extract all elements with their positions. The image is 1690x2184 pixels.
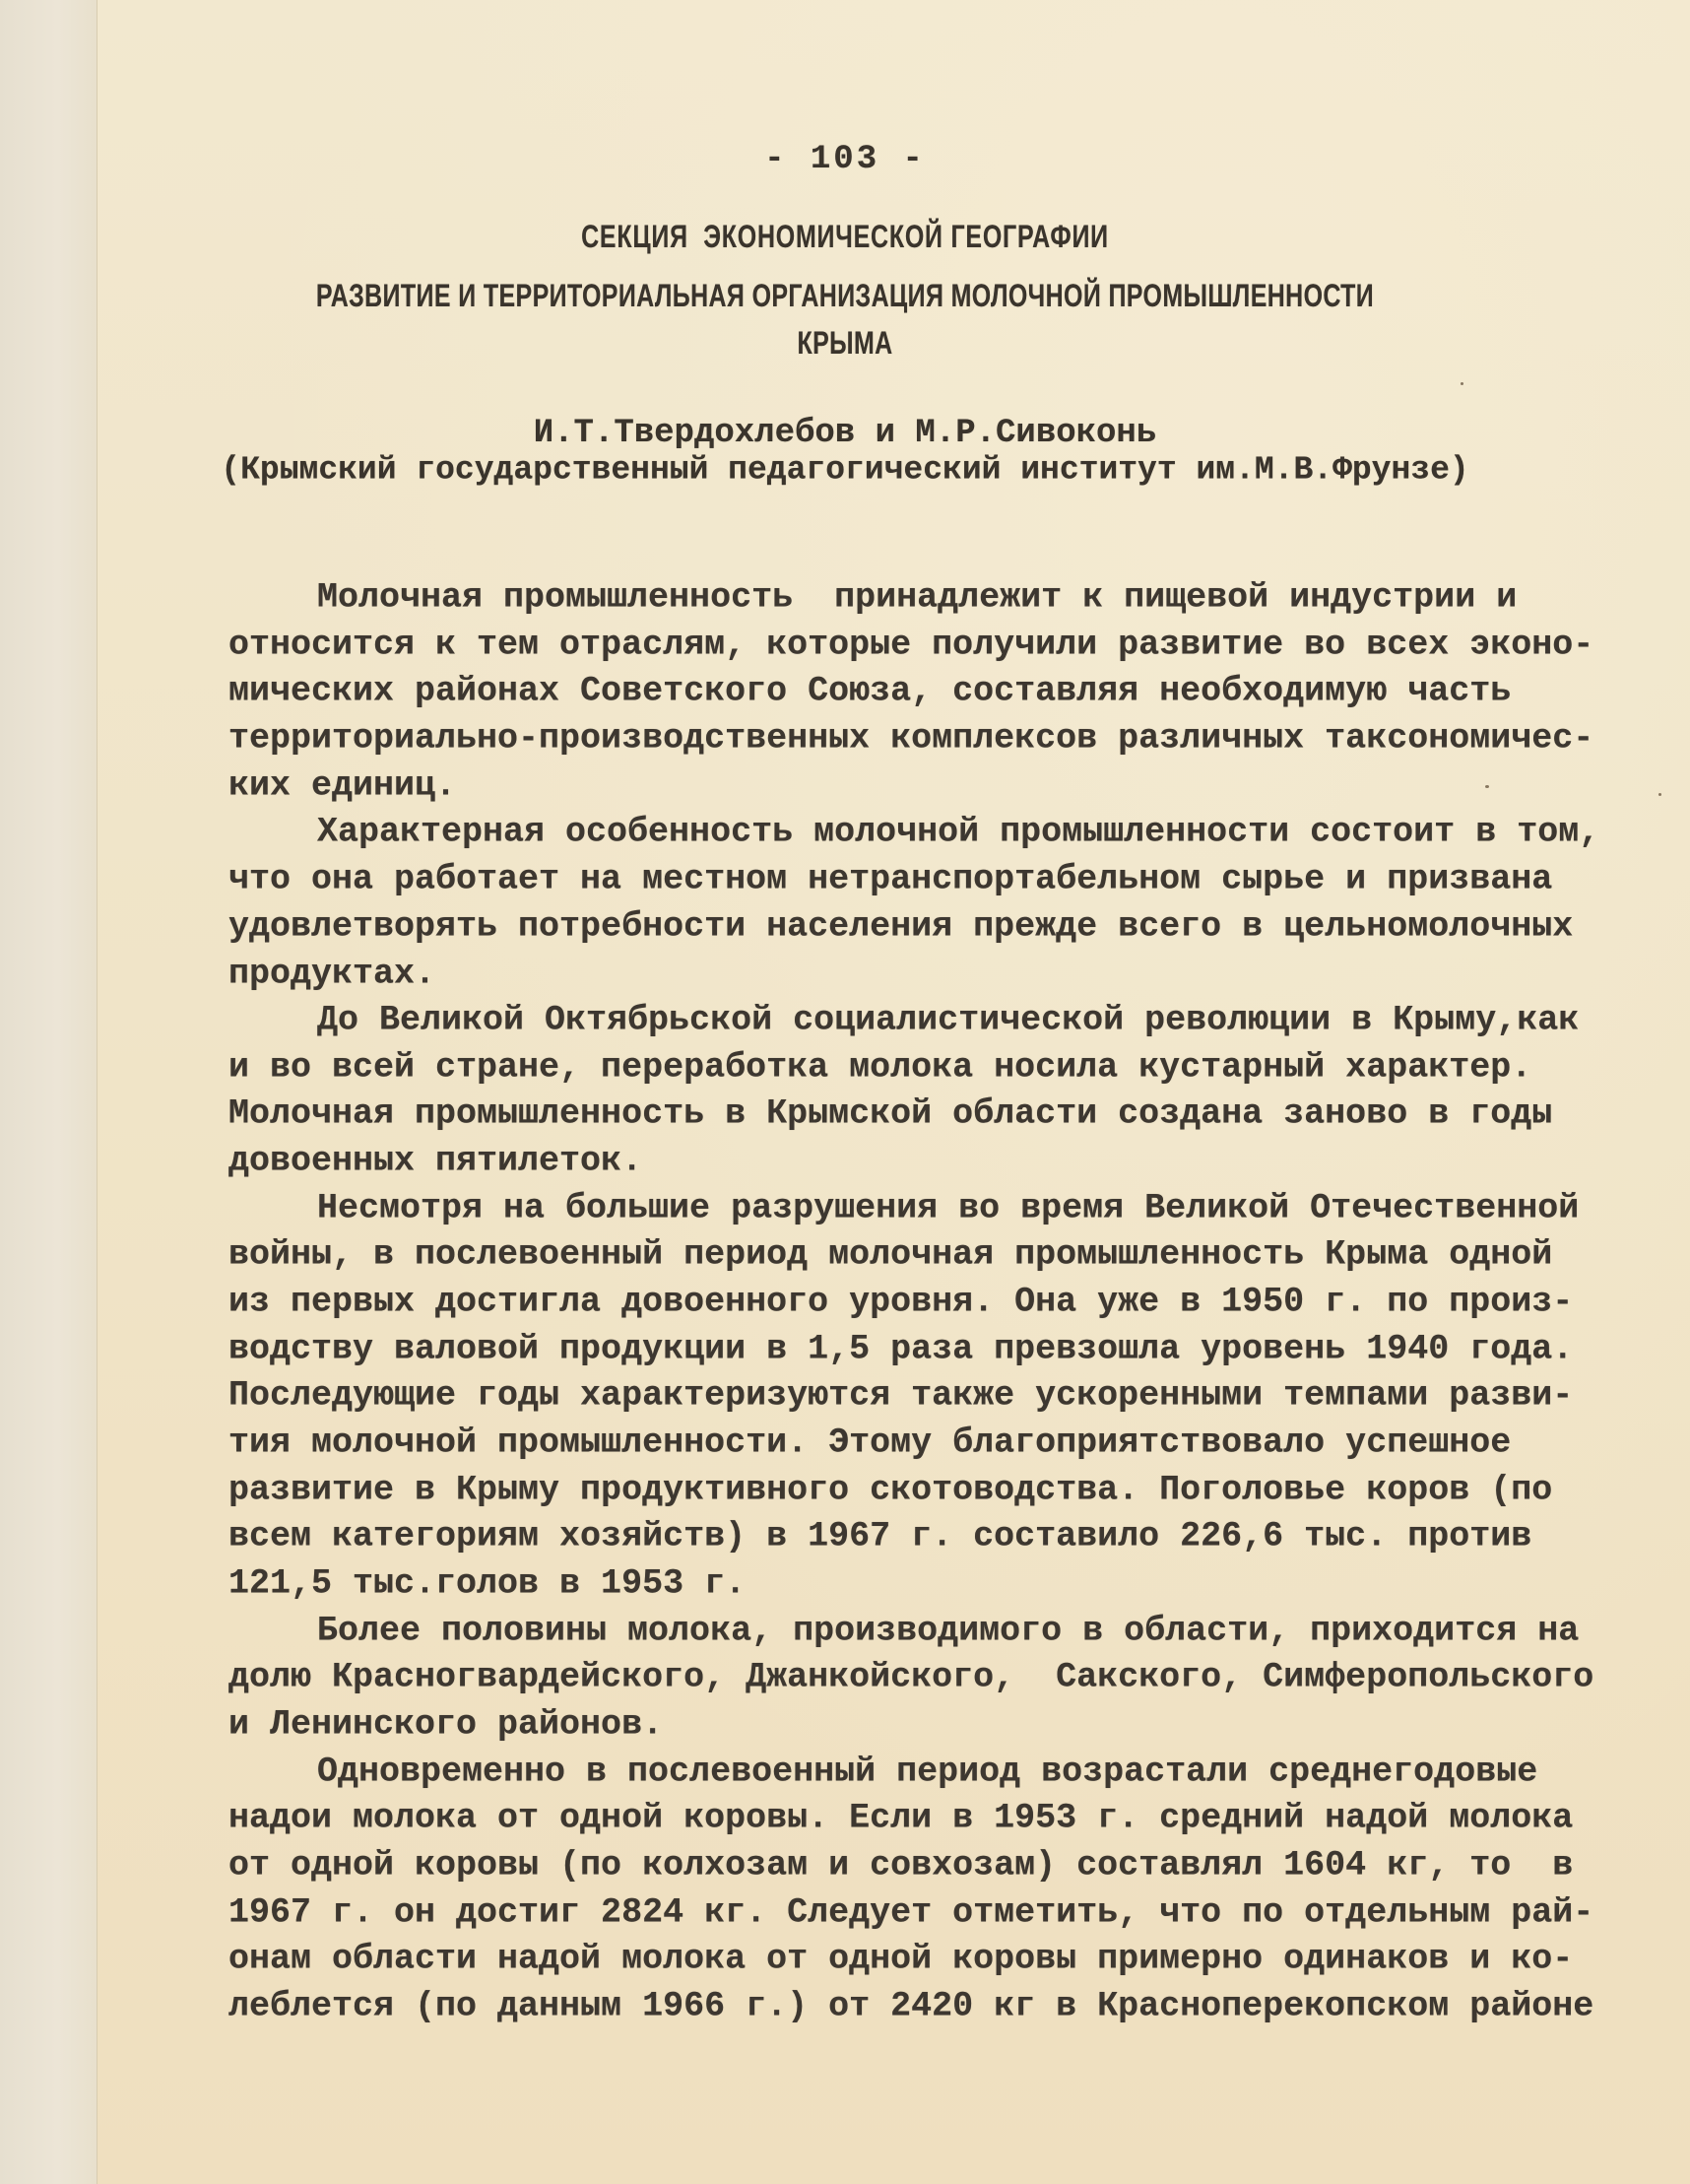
body-line: развитие в Крыму продуктивного скотоводс… (228, 1474, 1492, 1508)
body-line: Более половины молока, производимого в о… (317, 1615, 1492, 1649)
body-line: мических районах Советского Союза, соста… (228, 675, 1492, 709)
body-line: относится к тем отраслям, которые получи… (228, 629, 1492, 663)
body-line: 121,5 тыс.голов в 1953 г. (228, 1567, 1492, 1602)
ink-speck (1658, 793, 1661, 796)
body-line: войны, в послевоенный период молочная пр… (228, 1238, 1492, 1273)
scanned-paper-edge (0, 0, 97, 2184)
authors: И.Т.Твердохлебов и М.Р.Сивоконь (0, 417, 1690, 450)
body-line: онам области надой молока от одной коров… (228, 1943, 1492, 1977)
body-line: Несмотря на большие разрушения во время … (317, 1192, 1492, 1226)
body-line: из первых достигла довоенного уровня. Он… (228, 1286, 1492, 1320)
affiliation: (Крымский государственный педагогический… (0, 454, 1690, 487)
body-line: и Ленинского районов. (228, 1708, 1492, 1743)
body-line: территориально-производственных комплекс… (228, 722, 1492, 757)
body-line: 1967 г. он достиг 2824 кг. Следует отмет… (228, 1896, 1492, 1931)
body-line: ких единиц. (228, 769, 1492, 804)
body-line: долю Красногвардейского, Джанкойского, С… (228, 1661, 1492, 1695)
body-line: тия молочной промышленности. Этому благо… (228, 1426, 1492, 1461)
body-line: До Великой Октябрьской социалистической … (317, 1004, 1492, 1038)
article-title-line-1: РАЗВИТИЕ И ТЕРРИТОРИАЛЬНАЯ ОРГАНИЗАЦИЯ М… (186, 280, 1504, 311)
body-line: леблется (по данным 1966 г.) от 2420 кг … (228, 1990, 1492, 2024)
body-line: Последующие годы характеризуются также у… (228, 1379, 1492, 1414)
body-line: довоенных пятилеток. (228, 1145, 1492, 1179)
body-line: Молочная промышленность принадлежит к пи… (317, 581, 1492, 616)
body-line: от одной коровы (по колхозам и совхозам)… (228, 1849, 1492, 1884)
section-heading: СЕКЦИЯ ЭКОНОМИЧЕСКОЙ ГЕОГРАФИИ (186, 221, 1504, 252)
body-line: Одновременно в послевоенный период возра… (317, 1755, 1492, 1790)
body-line: всем категориям хозяйств) в 1967 г. сост… (228, 1520, 1492, 1555)
body-line: Характерная особенность молочной промышл… (317, 816, 1492, 850)
body-line: удовлетворять потребности населения преж… (228, 910, 1492, 945)
page-number: - 103 - (0, 143, 1690, 176)
body-line: водству валовой продукции в 1,5 раза пре… (228, 1333, 1492, 1367)
ink-speck (1461, 382, 1463, 385)
article-title-line-2: КРЫМА (186, 327, 1504, 359)
body-line: Молочная промышленность в Крымской облас… (228, 1097, 1492, 1132)
body-line: надои молока от одной коровы. Если в 195… (228, 1802, 1492, 1836)
body-line: что она работает на местном нетранспорта… (228, 863, 1492, 897)
body-line: и во всей стране, переработка молока нос… (228, 1051, 1492, 1086)
ink-speck (1485, 785, 1489, 788)
body-line: продуктах. (228, 958, 1492, 992)
